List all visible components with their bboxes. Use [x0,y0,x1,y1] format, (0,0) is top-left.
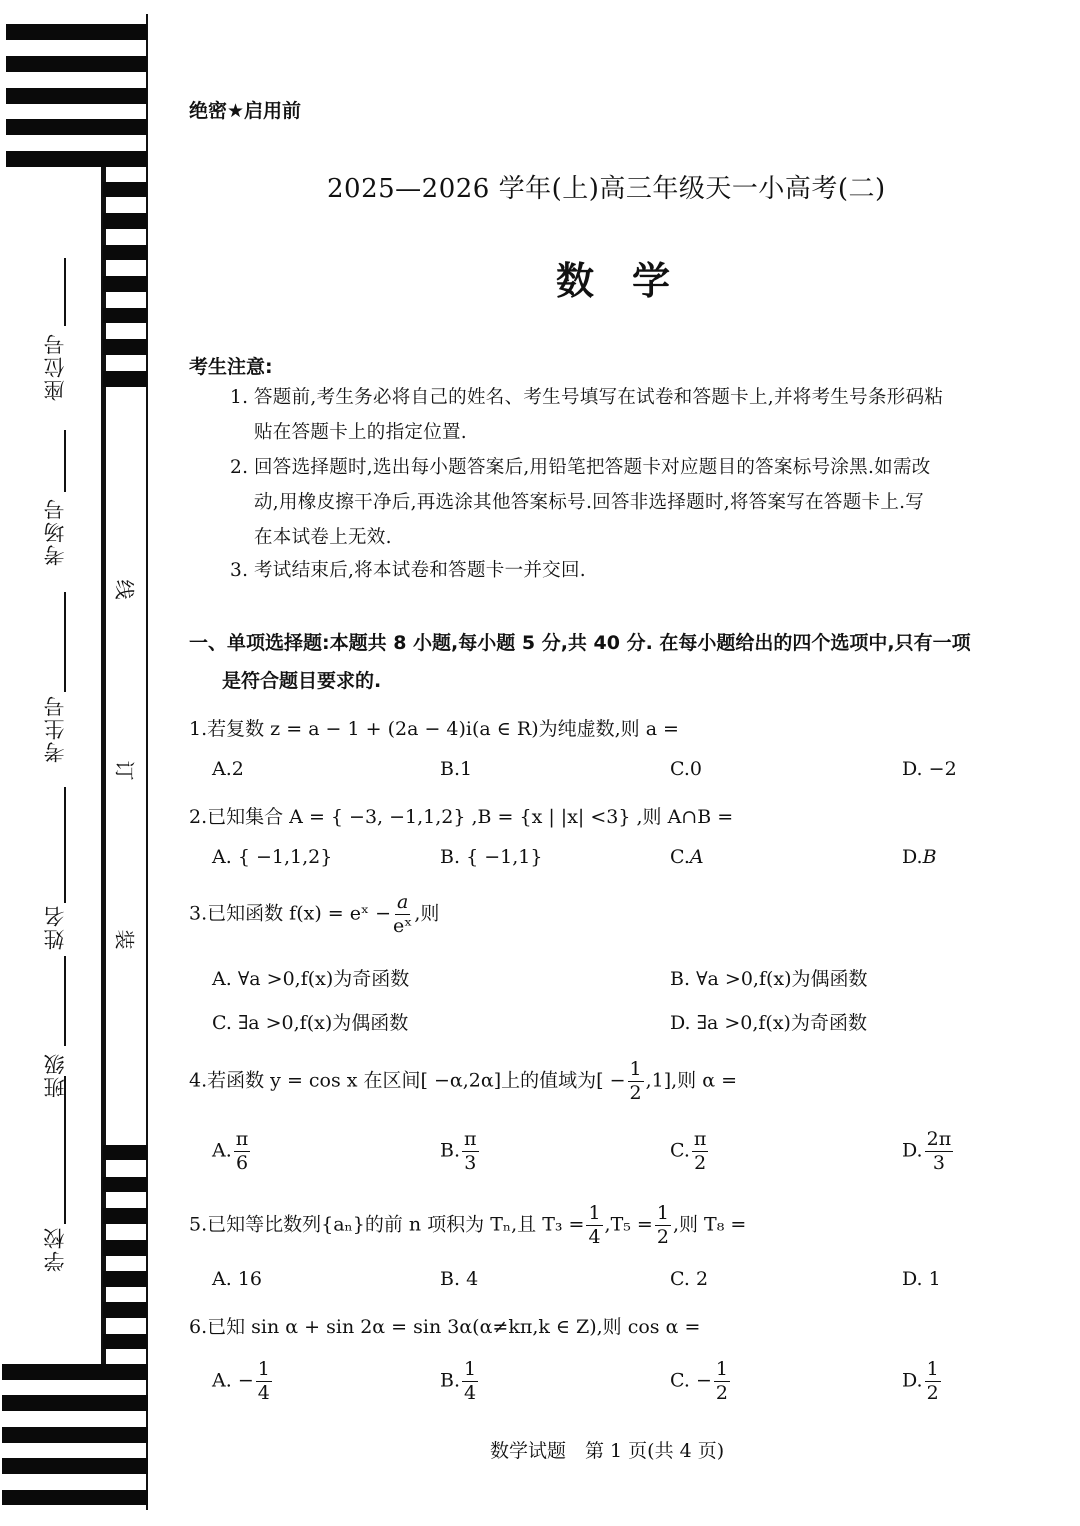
section-heading-line2: 是符合题目要求的. [189,662,1054,700]
question-3: 3.已知函数 f(x) = eˣ −aeˣ,则 [189,893,439,936]
notice-text: 回答选择题时,选出每小题答案后,用铅笔把答题卡对应题目的答案标号涂黑.如需改 [254,457,931,478]
strip-bar [2,1427,148,1443]
question-stem-pre: 若函数 y = cos x 在区间[ −α,2α]上的值域为[ − [207,1070,625,1092]
strip-bar [2,1490,148,1505]
question-5: 5.已知等比数列{aₙ}的前 n 项积为 Tₙ,且 T₃ =14,T₅ =12,… [189,1204,746,1247]
question-number: 6. [189,1316,207,1338]
question-stem-post: ,1],则 α = [646,1070,737,1092]
strip-bar [103,276,147,292]
q5-option-d[interactable]: D. 1 [902,1268,941,1290]
question-stem-post: ,则 [414,903,439,925]
notice-text: 考试结束后,将本试卷和答题卡一并交回. [254,560,586,581]
strip-bar [103,1271,147,1287]
q5-option-b[interactable]: B. 4 [440,1268,478,1290]
q6-option-a[interactable]: A. −14 [212,1360,274,1403]
q3-option-d[interactable]: D. ∃a >0,f(x)为奇函数 [670,1008,867,1035]
q6-option-c[interactable]: C. −12 [670,1360,732,1403]
strip-bar [2,1395,148,1411]
strip-bar [6,151,147,167]
q4-option-a[interactable]: A.π6 [212,1130,252,1173]
section-heading-line1: 一、单项选择题:本题共 8 小题,每小题 5 分,共 40 分. 在每小题给出的… [189,632,971,654]
subject-title: 数学 [556,250,708,305]
strip-bar [103,308,147,323]
notice-heading: 考生注意: [189,352,273,379]
q6-option-b[interactable]: B.14 [440,1360,480,1403]
q1-option-a[interactable]: A.2 [212,758,244,780]
strip-bar [6,24,147,40]
q5-option-c[interactable]: C. 2 [670,1268,708,1290]
strip-bar [103,245,147,260]
fraction: 12 [655,1204,671,1247]
question-stem: 已知集合 A = { −3, −1,1,2} ,B = {x | |x| <3}… [207,806,733,828]
notice-num: 1. [230,380,254,415]
strip-bar [2,1458,148,1474]
question-number: 5. [189,1214,207,1236]
question-number: 2. [189,806,207,828]
q2-option-b[interactable]: B. { −1,1} [440,846,542,868]
notice-item-2: 2.回答选择题时,选出每小题答案后,用铅笔把答题卡对应题目的答案标号涂黑.如需改… [230,450,1052,555]
q1-option-b[interactable]: B.1 [440,758,472,780]
name-line[interactable] [64,787,66,903]
notice-item-1: 1.答题前,考生务必将自己的姓名、考生号填写在试卷和答题卡上,并将考生号条形码粘… [230,380,1052,450]
fraction: 14 [586,1204,602,1247]
question-number: 3. [189,903,207,925]
strip-bar [6,119,147,135]
section-heading: 一、单项选择题:本题共 8 小题,每小题 5 分,共 40 分. 在每小题给出的… [189,624,1054,700]
strip-bar [103,1145,147,1160]
exam-room-label: 考场号 [40,497,70,566]
q1-option-c[interactable]: C.0 [670,758,702,780]
question-stem-pre: 已知等比数列{aₙ}的前 n 项积为 Tₙ,且 T₃ = [207,1214,584,1236]
notice-num: 3. [230,553,254,588]
strip-bar [103,1302,147,1318]
question-stem-post: ,则 T₈ = [673,1214,746,1236]
student-id-line[interactable] [64,592,66,692]
strip-bar [103,339,147,355]
q2-option-d[interactable]: D.B [902,846,937,868]
cut-mark-bind: 装 [112,930,141,950]
question-number: 1. [189,718,207,740]
q6-option-d[interactable]: D.12 [902,1360,943,1403]
notice-text: 答题前,考生务必将自己的姓名、考生号填写在试卷和答题卡上,并将考生号条形码粘 [254,387,943,408]
confidential-mark: 绝密★启用前 [189,96,301,123]
cut-mark-staple: 订 [112,761,141,781]
question-2: 2.已知集合 A = { −3, −1,1,2} ,B = {x | |x| <… [189,802,733,829]
question-number: 4. [189,1070,207,1092]
q4-option-b[interactable]: B.π3 [440,1130,481,1173]
notice-item-3: 3.考试结束后,将本试卷和答题卡一并交回. [230,553,1052,588]
exam-title: 2025—2026 学年(上)高三年级天一小高考(二) [327,168,886,205]
fraction: 12 [628,1060,644,1103]
notice-num: 2. [230,450,254,485]
school-line[interactable] [64,1076,66,1224]
q3-option-b[interactable]: B. ∀a >0,f(x)为偶函数 [670,964,868,991]
q4-option-c[interactable]: C.π2 [670,1130,710,1173]
question-stem: 若复数 z = a − 1 + (2a − 4)i(a ∈ R)为纯虚数,则 a… [207,718,679,740]
cut-mark-line: 线 [112,580,141,600]
strip-bar [6,56,147,72]
notice-cont: 动,用橡皮擦干净后,再选涂其他答案标号.回答非选择题时,将答案写在答题卡上.写 [230,485,1052,520]
q2-option-a[interactable]: A. { −1,1,2} [212,846,332,868]
question-6: 6.已知 sin α + sin 2α = sin 3α(α≠kπ,k ∈ Z)… [189,1312,700,1339]
strip-bar [6,88,147,104]
student-id-label: 考生号 [40,694,70,763]
name-label: 姓名 [40,904,70,950]
q4-option-d[interactable]: D.2π3 [902,1130,955,1173]
fraction: aeˣ [393,893,412,936]
q3-option-a[interactable]: A. ∀a >0,f(x)为奇函数 [212,964,409,991]
q1-option-d[interactable]: D. −2 [902,758,957,780]
strip-bar [103,1334,147,1349]
question-stem-mid: ,T₅ = [605,1214,653,1236]
school-label: 学校 [40,1226,70,1272]
q2-option-c[interactable]: C.A [670,846,704,868]
strip-bar [103,371,147,387]
question-4: 4.若函数 y = cos x 在区间[ −α,2α]上的值域为[ −12,1]… [189,1060,737,1103]
seat-number-line[interactable] [64,258,66,326]
strip-bar [2,1364,148,1380]
strip-bar [103,213,147,229]
notice-cont: 在本试卷上无效. [230,520,1052,555]
question-1: 1.若复数 z = a − 1 + (2a − 4)i(a ∈ R)为纯虚数,则… [189,714,679,741]
q5-option-a[interactable]: A. 16 [212,1268,262,1290]
class-line[interactable] [64,956,66,1046]
notice-cont: 贴在答题卡上的指定位置. [230,415,1052,450]
page-footer: 数学试题 第 1 页(共 4 页) [490,1436,724,1463]
q3-option-c[interactable]: C. ∃a >0,f(x)为偶函数 [212,1008,408,1035]
question-stem: 已知 sin α + sin 2α = sin 3α(α≠kπ,k ∈ Z),则… [207,1316,700,1338]
strip-bar [103,1240,147,1256]
strip-bar [103,1177,147,1192]
exam-room-line[interactable] [64,430,66,492]
strip-bar [103,1208,147,1224]
strip-bar [103,182,147,197]
question-stem-pre: 已知函数 f(x) = eˣ − [207,903,391,925]
seat-number-label: 座位号 [40,332,70,401]
